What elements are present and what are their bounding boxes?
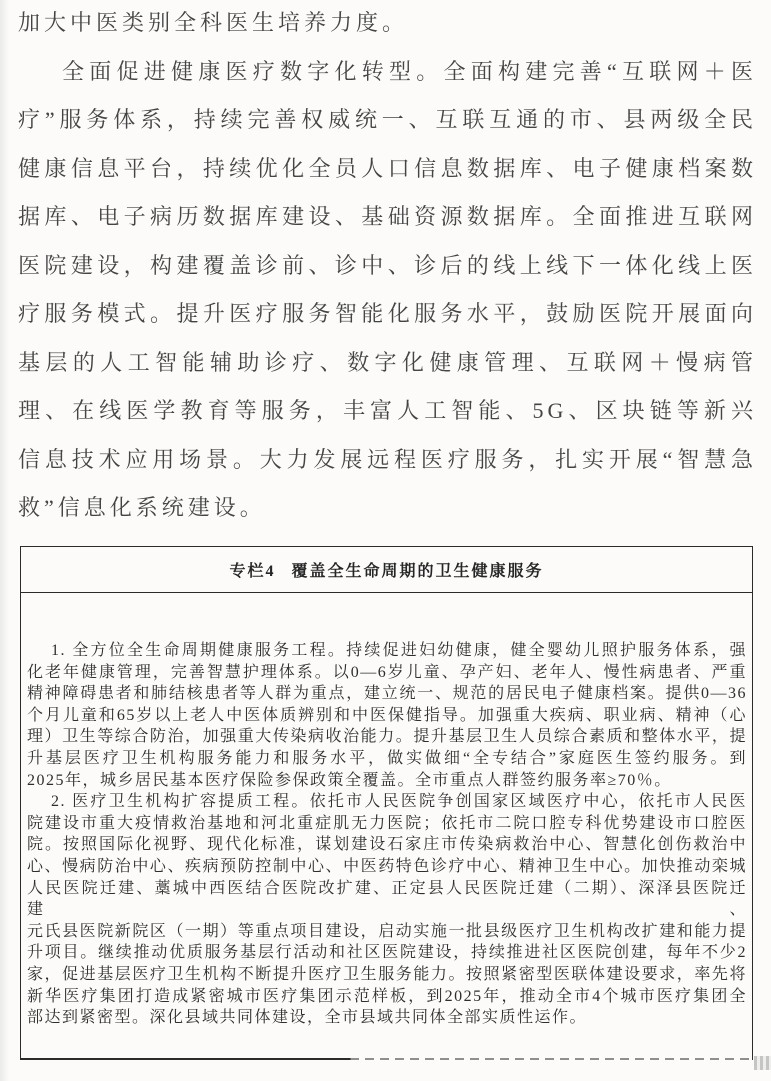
text-line: 据库、电子病历数据库建设、基础资源数据库。全面推进互联网: [18, 193, 757, 242]
scan-gutter-shadow: [0, 0, 9, 1081]
text-line: 全面促进健康医疗数字化转型。全面构建完善“互联网＋医: [18, 48, 757, 97]
scanned-document-page: 加大中医类别全科医生培养力度。全面促进健康医疗数字化转型。全面构建完善“互联网＋…: [0, 0, 771, 1081]
text-line: 加大中医类别全科医生培养力度。: [18, 0, 757, 48]
text-line: 化老年健康管理，完善智慧护理体系。以0—6岁儿童、孕产妇、老年人、慢性病患者、严…: [27, 662, 747, 684]
text-line: 救”信息化系统建设。: [18, 484, 757, 533]
column-title: 覆盖全生命周期的卫生健康服务: [292, 558, 544, 581]
text-line: 人民医院迁建、藁城中西医结合医院改扩建、正定县人民医院迁建（二期）、深泽县医院迁…: [27, 878, 747, 921]
text-line: 家，促进基层医疗卫生机构不断提升医疗卫生服务能力。按照紧密型医联体建设要求，率先…: [27, 964, 747, 986]
text-line: 元氏县医院新院区（一期）等重点项目建设，启动实施一批县级医疗卫生机构改扩建和能力…: [27, 921, 747, 943]
text-line: 理、在线医学教育等服务，丰富人工智能、5G、区块链等新兴: [18, 387, 757, 436]
text-line: 心、慢病防治中心、疾病预防控制中心、中医药特色诊疗中心、精神卫生中心。加快推动栾…: [27, 856, 747, 878]
column-4-panel: 专栏4 覆盖全生命周期的卫生健康服务 1. 全方位全生命周期健康服务工程。持续促…: [20, 546, 753, 1060]
text-line: 理）卫生等综合防治，加强重大传染病收治能力。提升基层卫生人员综合素质和整体水平，…: [27, 726, 747, 748]
text-line: 部达到紧密型。深化县域共同体建设，全市县域共同体全部实质性运作。: [27, 1007, 747, 1029]
column-label: 专栏4: [229, 558, 275, 581]
text-line: 疗”服务体系，持续完善权威统一、互联互通的市、县两级全民: [18, 96, 757, 145]
text-line: 1. 全方位全生命周期健康服务工程。持续促进妇幼健康，健全婴幼儿照护服务体系，强: [27, 640, 747, 662]
text-line: 升项目。继续推动优质服务基层行活动和社区医院建设，持续推进社区医院创建，每年不少…: [27, 942, 747, 964]
scan-artifact: [754, 1056, 771, 1070]
text-line: 2. 医疗卫生机构扩容提质工程。依托市人民医院争创国家区域医疗中心，依托市人民医: [27, 791, 747, 813]
text-line: 疗服务模式。提升医疗服务智能化服务水平，鼓励医院开展面向: [18, 290, 757, 339]
text-line: 院建设市重大疫情救治基地和河北重症肌无力医院；依托市二院口腔专科优势建设市口腔医: [27, 813, 747, 835]
text-line: 院。按照国际化视野、现代化标准，谋划建设石家庄市传染病救治中心、智慧化创伤救治中: [27, 834, 747, 856]
text-line: 基层的人工智能辅助诊疗、数字化健康管理、互联网＋慢病管: [18, 339, 757, 388]
column-4-header: 专栏4 覆盖全生命周期的卫生健康服务: [21, 547, 752, 593]
text-line: 升基层医疗卫生机构服务能力和服务水平，做实做细“全专结合”家庭医生签约服务。到: [27, 748, 747, 770]
text-line: 信息技术应用场景。大力发展远程医疗服务，扎实开展“智慧急: [18, 436, 757, 485]
text-line: 个月儿童和65岁以上老人中医体质辨别和中医保健指导。加强重大疾病、职业病、精神（…: [27, 705, 747, 727]
text-line: 健康信息平台，持续优化全员人口信息数据库、电子健康档案数: [18, 145, 757, 194]
box-bottom-border: [20, 1058, 754, 1060]
text-line: 2025年，城乡居民基本医疗保险参保政策全覆盖。全市重点人群签约服务率≥70％。: [27, 770, 747, 792]
text-line: 医院建设，构建覆盖诊前、诊中、诊后的线上线下一体化线上医: [18, 242, 757, 291]
column-4-body: 1. 全方位全生命周期健康服务工程。持续促进妇幼健康，健全婴幼儿照护服务体系，强…: [21, 593, 752, 1029]
text-line: 新华医疗集团打造成紧密城市医疗集团示范样板，到2025年，推动全市4个城市医疗集…: [27, 986, 747, 1008]
body-text-block: 加大中医类别全科医生培养力度。全面促进健康医疗数字化转型。全面构建完善“互联网＋…: [18, 0, 757, 533]
text-line: 精神障碍患者和肺结核患者等人群为重点，建立统一、规范的居民电子健康档案。提供0—…: [27, 683, 747, 705]
